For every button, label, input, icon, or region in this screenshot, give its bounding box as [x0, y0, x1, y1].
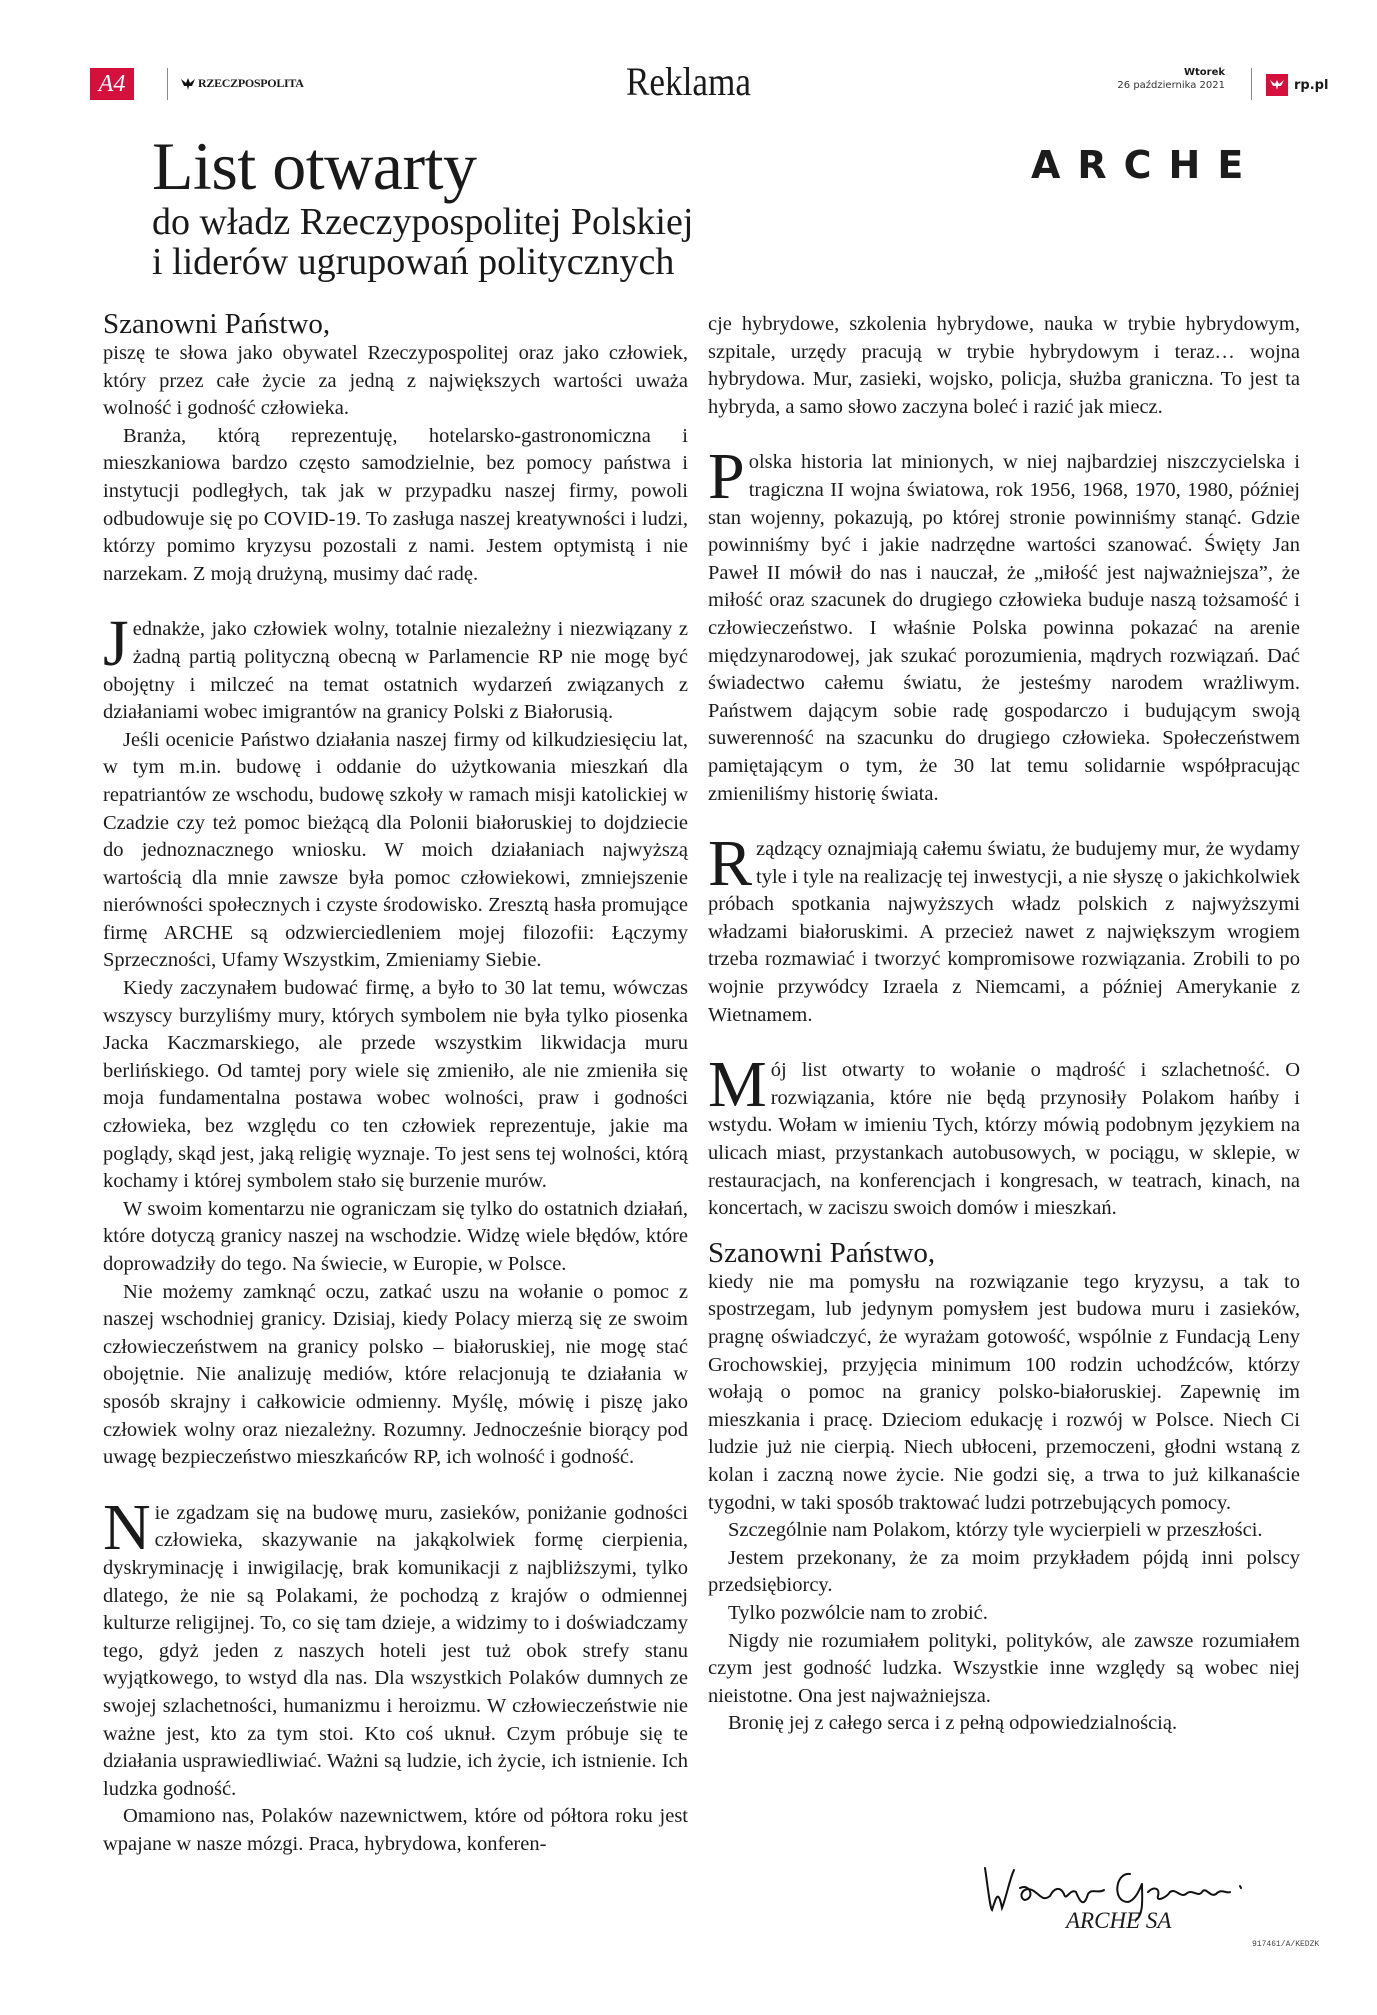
paragraph-text: ednakże, jako człowiek wolny, totalnie n… — [103, 618, 688, 723]
section-title: Reklama — [83, 60, 1295, 104]
ad-reference-code: 917461/A/KEDZK — [1252, 1940, 1319, 1949]
letter-column-left: Szanowni Państwo, piszę te słowa jako ob… — [103, 308, 688, 1858]
paragraph: Szczególnie nam Polakom, którzy tyle wyc… — [708, 1517, 1300, 1545]
main-title: List otwarty — [152, 130, 693, 202]
letter-title-block: List otwarty do władz Rzeczypospolitej P… — [152, 130, 693, 282]
paragraph: Nie możemy zamknąć oczu, zatkać uszu na … — [103, 1279, 688, 1472]
eagle-icon — [1266, 74, 1288, 96]
paragraph-text: ządzący oznajmiają całemu światu, że bud… — [708, 838, 1300, 1026]
issue-date-text: 26 października 2021 — [1117, 79, 1225, 92]
paragraph-text: ie zgadzam się na budowę muru, zasieków,… — [103, 1502, 688, 1800]
paragraph: piszę te słowa jako obywatel Rzeczypospo… — [103, 340, 688, 423]
paragraph: Nigdy nie rozumiałem polityki, polityków… — [708, 1628, 1300, 1711]
paragraph: Jestem przekonany, że za moim przykładem… — [708, 1545, 1300, 1600]
paragraph: Omamiono nas, Polaków nazewnictwem, któr… — [103, 1803, 688, 1858]
arche-brand-logo: ARCHE — [1031, 143, 1260, 187]
drop-cap: R — [708, 839, 752, 889]
page-header: A4 RZECZPOSPOLITA Reklama Wtorek 26 paźd… — [0, 0, 1377, 120]
site-name: rp.pl — [1294, 78, 1328, 93]
paragraph: cje hybrydowe, szkolenia hybrydowe, nauk… — [708, 311, 1300, 421]
issue-date: Wtorek 26 października 2021 — [1117, 66, 1225, 92]
letter-column-right: cje hybrydowe, szkolenia hybrydowe, nauk… — [708, 311, 1300, 1738]
issue-day: Wtorek — [1117, 66, 1225, 79]
drop-cap: N — [103, 1503, 151, 1553]
paragraph-text: olska historia lat minionych, w niej naj… — [708, 451, 1300, 804]
paragraph-with-dropcap: Nie zgadzam się na budowę muru, zasieków… — [103, 1500, 688, 1804]
drop-cap: J — [103, 619, 129, 669]
header-divider-right — [1251, 68, 1252, 100]
subtitle-line-2: i liderów ugrupowań politycznych — [152, 242, 693, 282]
paragraph: Jeśli ocenicie Państwo działania naszej … — [103, 727, 688, 975]
drop-cap: M — [708, 1060, 767, 1110]
paragraph-with-dropcap: Rządzący oznajmiają całemu światu, że bu… — [708, 836, 1300, 1029]
paragraph: kiedy nie ma pomysłu na rozwiązanie tego… — [708, 1269, 1300, 1517]
paragraph-with-dropcap: Mój list otwarty to wołanie o mądrość i … — [708, 1057, 1300, 1223]
greeting: Szanowni Państwo, — [103, 308, 688, 340]
drop-cap: P — [708, 452, 745, 502]
paragraph-with-dropcap: Polska historia lat minionych, w niej na… — [708, 449, 1300, 808]
paragraph-with-dropcap: Jednakże, jako człowiek wolny, totalnie … — [103, 616, 688, 726]
paragraph: Branża, którą reprezentuję, hotelarsko-g… — [103, 423, 688, 589]
paragraph: Bronię jej z całego serca i z pełną odpo… — [708, 1710, 1300, 1738]
greeting-second: Szanowni Państwo, — [708, 1237, 1300, 1269]
paragraph-text: ój list otwarty to wołanie o mądrość i s… — [708, 1059, 1300, 1219]
subtitle-line-1: do władz Rzeczypospolitej Polskiej — [152, 202, 693, 242]
rp-site-logo: rp.pl — [1266, 74, 1328, 96]
paragraph: Kiedy zaczynałem budować firmę, a było t… — [103, 975, 688, 1196]
signed-company: ARCHE SA — [1066, 1908, 1171, 1934]
paragraph: Tylko pozwólcie nam to zrobić. — [708, 1600, 1300, 1628]
paragraph: W swoim komentarzu nie ograniczam się ty… — [103, 1196, 688, 1279]
